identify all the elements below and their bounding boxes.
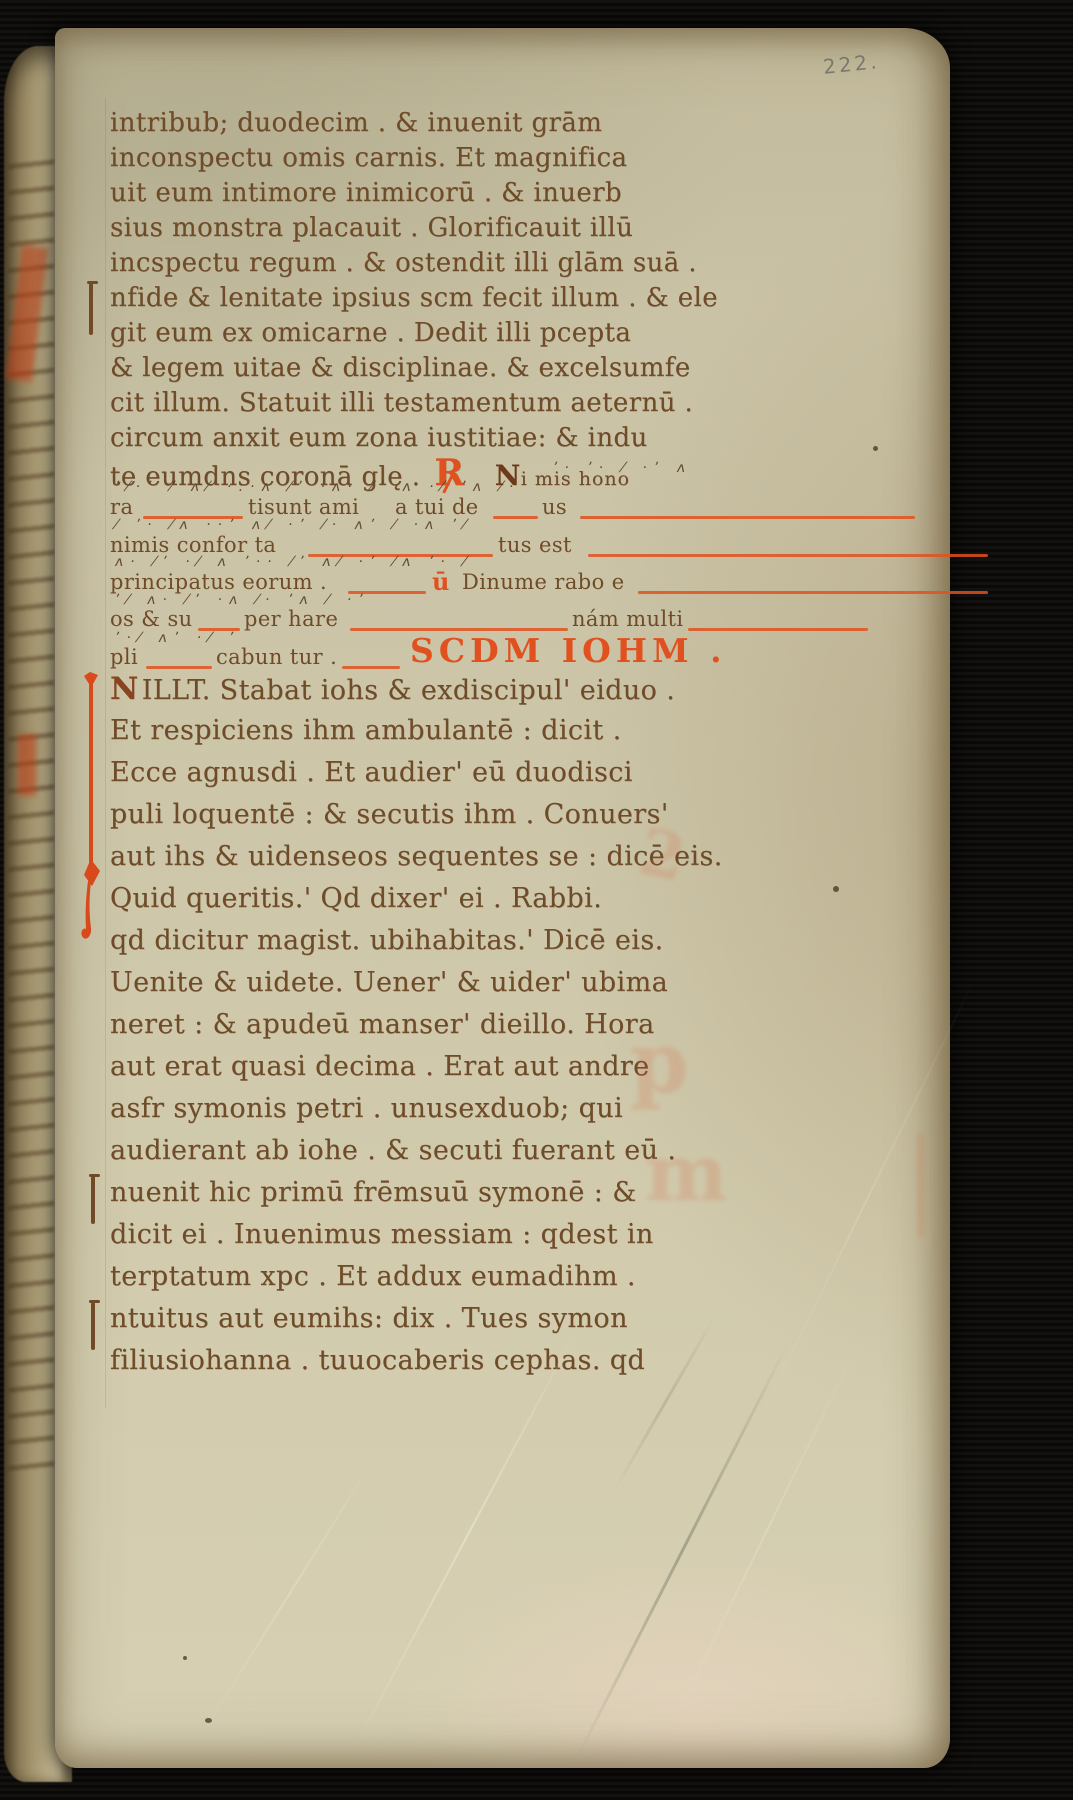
chant-syllable: os & su: [110, 607, 193, 631]
illuminated-initial-I: [81, 670, 103, 888]
text-line: nuenit hic primū frēmsuū symonē : &: [110, 1172, 730, 1214]
text-line: dicit ei . Inuenimus messiam : qdest in: [110, 1214, 730, 1256]
neumes-row: ʼ·⁄ ʌʼ ·⁄ ʼ: [114, 630, 242, 646]
manuscript-page: 222. intribub; duodecim . & inuenit grām…: [55, 28, 950, 1768]
melisma-line: [580, 516, 915, 519]
bleedthrough-mark: p: [630, 1013, 689, 1112]
ink-speck: [873, 446, 878, 451]
text-line: cit illum. Statuit illi testamentum aete…: [110, 386, 730, 421]
text-line: terptatum xpc . Et addux eumadihm .: [110, 1256, 730, 1298]
versicle-mark: ū: [432, 567, 449, 596]
ruling-line: [105, 98, 106, 1408]
chant-syllable: ra: [110, 495, 133, 519]
scratch-mark: [674, 1341, 860, 1719]
folio-number: 222.: [822, 49, 881, 79]
neumes-row: ʼ⁄ ʌ· ⁄ʼ ·ʌ ⁄· ʼʌ ⁄ ·ʼ: [114, 592, 372, 608]
neumes-row: ⁄ ʼ· ⁄ʌ ··ʼ ʌ⁄ ·ʼ ⁄· ʌʼ ⁄ ·ʌ ʼ⁄: [114, 517, 474, 533]
text-line: intribub; duodecim . & inuenit grām: [110, 106, 730, 141]
chant-syllable: cabun tur .: [216, 645, 337, 669]
text-line: NILLT. Stabat iohs & exdiscipul' eiduo .: [110, 668, 730, 710]
chant-syllable: principatus eorum .: [110, 570, 327, 594]
marginal-initial-i: [91, 1302, 95, 1350]
chant-syllable: per hare: [244, 607, 338, 631]
chant-syllable: tus est: [498, 533, 572, 557]
text-line: Et respiciens ihm ambulantē : dicit .: [110, 710, 730, 752]
neumes-row: ʼ· ʼ· ⁄ ·ʼ ʌ: [552, 460, 694, 476]
melisma-line: [638, 591, 988, 594]
melisma-line: [493, 516, 538, 519]
text-line: & legem uitae & disciplinae. & excelsumf…: [110, 351, 730, 386]
chant-syllable: Dinume rabo e: [462, 570, 625, 594]
red-paraph-mark: [80, 880, 98, 944]
text-line: circum anxit eum zona iustitiae: & indu: [110, 421, 730, 456]
chant-syllable: pli: [110, 645, 138, 669]
text-line: git eum ex omicarne . Dedit illi pcepta: [110, 316, 730, 351]
bleedthrough-mark: m: [645, 1128, 728, 1219]
text-line: nfide & lenitate ipsius scm fecit illum …: [110, 281, 730, 316]
neumes-row: ʼ⁄·ʼ ⁄ ʌ⁄ ·:·ʌ ⁄ʼ ·ʌ· ⁄ʼ ʌ ·⁄ ʼʌ ⁄·: [114, 479, 522, 495]
scratch-mark: [354, 1323, 581, 1748]
marginal-initial-i: [91, 1176, 95, 1224]
text-line: Uenite & uidete. Uener' & uider' ubima: [110, 962, 730, 1004]
text-line: sius monstra placauit . Glorificauit ill…: [110, 211, 730, 246]
neumes-row: ʌ· ⁄ʼ ·⁄ ʌ ʼ·· ⁄ʼ ʌ⁄ ·ʼ ⁄ʌ ʼ· ⁄: [114, 554, 474, 570]
text-line: qd dicitur magist. ubihabitas.' Dicē eis…: [110, 920, 730, 962]
chant-syllable: nám multi: [572, 607, 684, 631]
text-column: intribub; duodecim . & inuenit grām inco…: [110, 106, 730, 491]
manuscript-photo: 222. intribub; duodecim . & inuenit grām…: [0, 0, 1073, 1800]
scratch-mark: [754, 979, 975, 1429]
marginal-initial-i: [89, 283, 93, 335]
melisma-line: [588, 554, 988, 557]
text-line: Ecce agnusdi . Et audier' eū duodisci: [110, 752, 730, 794]
chant-syllable: a tui de: [395, 495, 479, 519]
scratch-mark: [204, 1449, 381, 1730]
ink-speck: [183, 1656, 187, 1660]
chant-syllable: us: [542, 495, 567, 519]
text-line: ntuitus aut eumihs: dix . Tues symon: [110, 1298, 730, 1340]
facing-page-red-rubric-blur: [18, 734, 36, 796]
text-line: audierant ab iohe . & secuti fuerant eū …: [110, 1130, 730, 1172]
chant-section: ʼ· ʼ· ⁄ ·ʼ ʌ ʼ⁄·ʼ ⁄ ʌ⁄ ·:·ʌ ⁄ʼ ·ʌ· ⁄ʼ ʌ …: [110, 493, 950, 693]
incipit-letter: N: [110, 671, 139, 707]
bleedthrough-stroke: [917, 1133, 924, 1238]
gospel-rubric-title: SCDM IOHM .: [410, 631, 727, 670]
chant-syllable: tisunt ami: [248, 495, 359, 519]
text-line: puli loquentē : & secutis ihm . Conuers': [110, 794, 730, 836]
text-line: filiusiohanna . tuuocaberis cephas. qd: [110, 1340, 730, 1382]
text-line: inconspectu omis carnis. Et magnifica: [110, 141, 730, 176]
ink-speck: [833, 886, 839, 892]
text-line: incspectu regum . & ostendit illi glām s…: [110, 246, 730, 281]
text-line: uit eum intimore inimicorū . & inuerb: [110, 176, 730, 211]
